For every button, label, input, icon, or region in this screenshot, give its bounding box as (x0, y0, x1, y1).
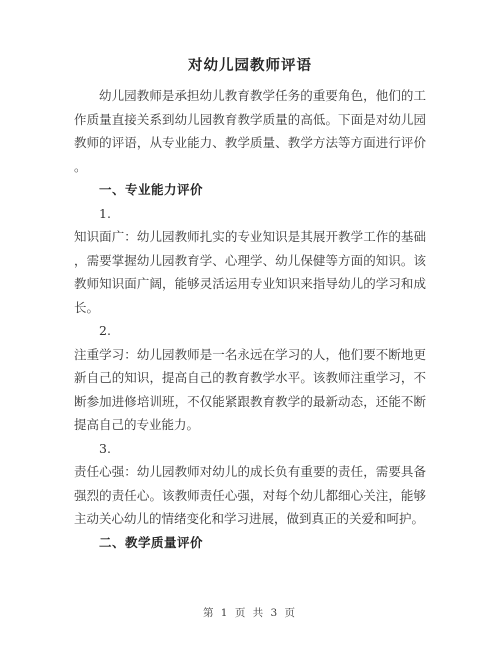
document-page: 对幼儿园教师评语 幼儿园教师是承担幼儿教育教学任务的重要角色，他们的工作质量直接… (0, 0, 500, 647)
list-number: 1. (74, 202, 426, 226)
list-number: 3. (74, 437, 426, 461)
paragraph: 知识面广：幼儿园教师扎实的专业知识是其展开教学工作的基础，需要掌握幼儿园教育学、… (74, 225, 426, 319)
list-number: 2. (74, 319, 426, 343)
paragraph: 幼儿园教师是承担幼儿教育教学任务的重要角色，他们的工作质量直接关系到幼儿园教育教… (74, 84, 426, 178)
paragraph: 注重学习：幼儿园教师是一名永远在学习的人，他们要不断地更新自己的知识，提高自己的… (74, 343, 426, 437)
document-blocks: 幼儿园教师是承担幼儿教育教学任务的重要角色，他们的工作质量直接关系到幼儿园教育教… (74, 84, 426, 554)
document-body: 对幼儿园教师评语 幼儿园教师是承担幼儿教育教学任务的重要角色，他们的工作质量直接… (74, 54, 426, 554)
section-heading: 一、专业能力评价 (74, 178, 426, 202)
paragraph: 责任心强：幼儿园教师对幼儿的成长负有重要的责任，需要具备强烈的责任心。该教师责任… (74, 460, 426, 531)
page-number-footer: 第 1 页 共 3 页 (0, 605, 500, 620)
section-heading: 二、教学质量评价 (74, 531, 426, 555)
document-title: 对幼儿园教师评语 (74, 54, 426, 78)
